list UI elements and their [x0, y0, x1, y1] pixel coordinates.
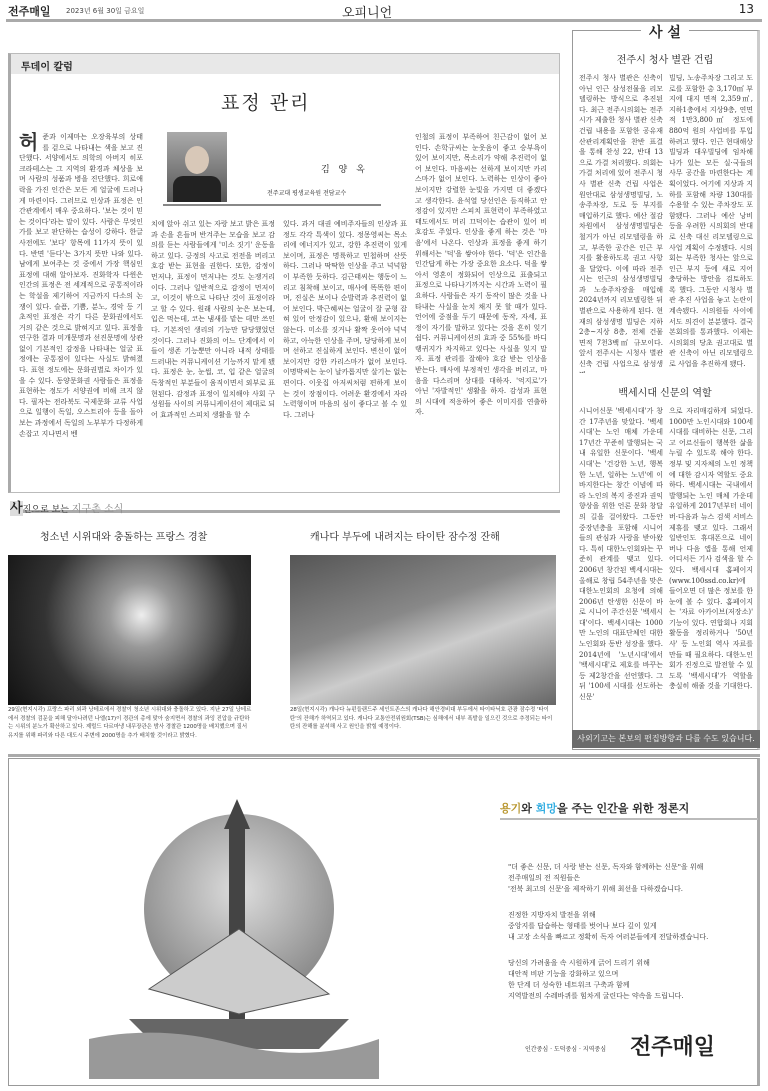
- column-text-col4: 인철의 표정이 부족하여 친근감이 없어 보인다. 손학규씨는 눈웃음이 좋고 …: [415, 132, 547, 487]
- column-text-col3: 있다. 과거 대권 예비주자들의 인상과 표정도 각각 특색이 있다. 정몽영씨…: [283, 219, 407, 487]
- issue-date: 2023년 6월 30일 금요일: [66, 6, 144, 16]
- photo-caption-1: 29일(현지시각) 프랑스 파리 외곽 낭테르에서 경찰이 청소년 시위대와 충…: [8, 706, 253, 740]
- ad-brand-logo: 전주매일: [630, 1030, 715, 1061]
- photo-news-title-1: 청소년 시위대와 충돌하는 프랑스 경찰: [40, 528, 207, 543]
- column-text-col2: 치에 앉아 쉬고 있는 자랑 보고 밝은 표정과 손을 흔들며 반겨주는 모습을…: [151, 219, 275, 487]
- author-title: 전주교대 평생교육원 전담교수: [267, 188, 346, 197]
- ad-paragraph-2: 진정한 지방자치 발전을 위해중앙지를 답습하는 형태를 벗어나 보다 깊이 있…: [508, 910, 708, 943]
- author-name: 김 양 옥: [321, 162, 368, 175]
- editorial-1-col2: 빌딩, 노송주차장 그리고 도로를 포함한 총 3,170㎡ 부지에 대지 면적…: [669, 73, 753, 373]
- divider: [163, 204, 381, 206]
- lighthouse-boat-illustration: [89, 789, 379, 1079]
- page-number: 13: [739, 2, 754, 16]
- ad-slogan: 용기와 희망을 주는 인간을 위한 정론지: [500, 800, 689, 816]
- editorial-box: 사 설 전주시 청사 별관 건립 전주시 청사 별관은 신축이 아닌 인근 삼성…: [572, 30, 760, 750]
- ad-paragraph-3: 당신의 가려움을 속 시원하게 긁어 드리기 위해대안적 비판 기능을 강화하고…: [508, 958, 684, 1002]
- photo-news-header: 사진으로 보는 지구촌 소식: [10, 497, 560, 513]
- editorial-title-1: 전주시 청사 별관 건립: [573, 51, 757, 66]
- divider: [500, 818, 758, 820]
- author-photo: [167, 132, 227, 202]
- photo-news-title-2: 캐나다 부두에 내려지는 타이탄 잠수정 잔해: [310, 528, 500, 543]
- section-title: 오피니언: [342, 2, 392, 21]
- disclaimer-banner: 사외기고는 본보의 편집방향과 다를 수도 있습니다.: [572, 730, 760, 748]
- editorial-header: 사 설: [573, 22, 757, 42]
- editorial-2-col1: 시니어신문 '백세시대'가 창간 17주년을 맞았다. '백세시대'는 노인 매…: [579, 406, 663, 716]
- editorial-1-col1: 전주시 청사 별관은 신축이 아닌 인근 삼성전물을 리모델링하는 방식으로 추…: [579, 73, 663, 373]
- newspaper-logo: 전주매일: [8, 3, 51, 19]
- photo-caption-2: 28일(현지시각) 캐나다 뉴펀들랜드주 세인트존스의 캐나다 해안경비대 부두…: [290, 706, 556, 732]
- ad-paragraph-1: "더 좋은 신문, 더 사랑 받는 신문, 독자와 함께하는 신문"을 위해전주…: [508, 862, 703, 895]
- today-column: 투데이 칼럼 표정 관리 김 양 옥 전주교대 평생교육원 전담교수 허준과 이…: [8, 53, 560, 493]
- column-title: 표정 관리: [221, 88, 310, 115]
- masthead: 전주매일 2023년 6월 30일 금요일 오피니언 13: [6, 0, 762, 22]
- column-text-col1: 허준과 이제마는 오장육부의 상태를 겉으로 나타내는 색을 보고 진단했다. …: [19, 132, 143, 487]
- divider: [8, 754, 760, 757]
- dropcap: 허: [19, 132, 38, 152]
- ad-motto: 인간중심 · 도덕중심 · 지역중심: [525, 1044, 606, 1053]
- submarine-debris-photo: [290, 555, 556, 705]
- column-header: 투데이 칼럼: [11, 54, 559, 74]
- editorial-title-2: 백세시대 신문의 역할: [573, 384, 757, 399]
- protest-photo: [8, 555, 251, 705]
- editorial-2-col2: 으로 자리매김하게 되었다. 1000만 노인시대와 100세 시대를 대비하는…: [669, 406, 753, 716]
